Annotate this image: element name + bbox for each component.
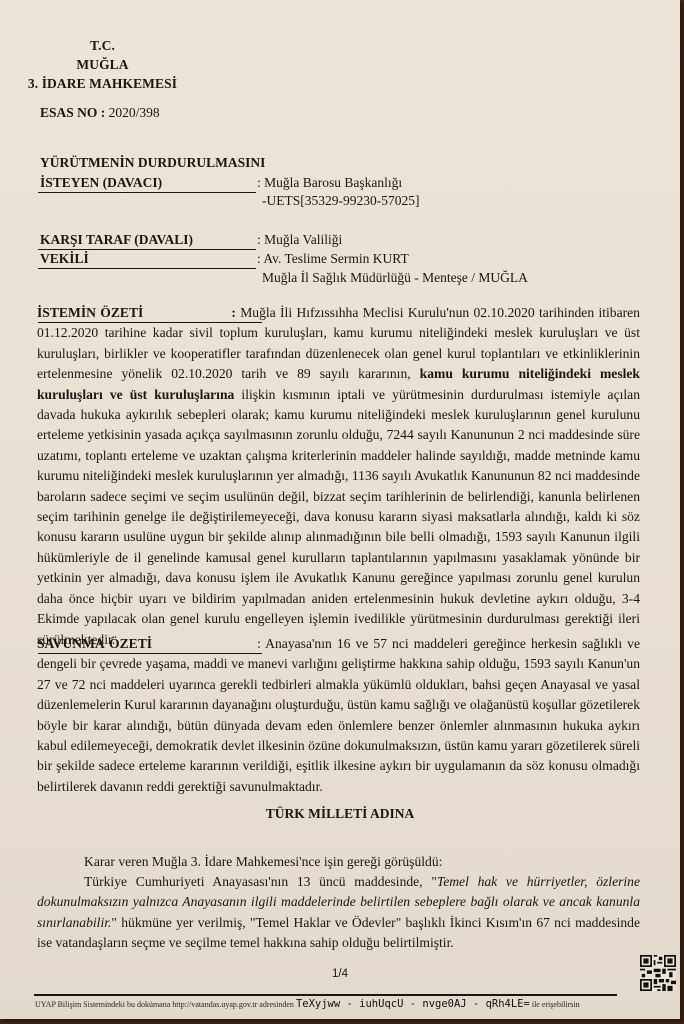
plaintiff-underline [38, 192, 256, 193]
decision-paragraph: Türkiye Cumhuriyeti Anayasası'nın 13 ünc… [37, 872, 640, 954]
court-header: T.C. MUĞLA 3. İDARE MAHKEMESİ [0, 36, 205, 93]
claim-summary-label: İSTEMİN ÖZETİ [37, 305, 143, 320]
decision-title: TÜRK MİLLETİ ADINA [0, 806, 680, 822]
claim-summary: İSTEMİN ÖZETİ: Muğla İli Hıfzıssıhha Mec… [37, 303, 640, 650]
verification-code: TeXyjww - iuhUqcU - nvge0AJ - qRh4LE= [296, 998, 530, 1010]
defense-summary: SAVUNMA ÖZETİ: Anayasa'nın 16 ve 57 nci … [37, 634, 640, 797]
case-number-label: ESAS NO : [40, 105, 105, 120]
plaintiff-label-line2: İSTEYEN (DAVACI) [40, 175, 162, 191]
plaintiff-label-line1: YÜRÜTMENİN DURDURULMASINI [40, 155, 265, 171]
decision-intro: Karar veren Muğla 3. İdare Mahkemesi'nce… [37, 852, 640, 872]
defendant-underline [38, 249, 256, 250]
defense-summary-text: : Anayasa'nın 16 ve 57 nci maddeleri ger… [37, 636, 640, 794]
attorney-label: VEKİLİ [40, 251, 89, 267]
defendant-name: : Muğla Valiliği [257, 232, 342, 248]
plaintiff-uets: -UETS[35329-99230-57025] [262, 193, 419, 209]
footer-suffix: ile erişebilirsin [532, 1000, 580, 1009]
case-number-value: 2020/398 [109, 105, 160, 120]
case-number: ESAS NO : 2020/398 [40, 105, 160, 121]
claim-summary-colon: : [231, 305, 236, 320]
header-tc: T.C. [0, 36, 205, 55]
document-page: T.C. MUĞLA 3. İDARE MAHKEMESİ ESAS NO : … [0, 0, 680, 1019]
claim-summary-text-2: ilişkin kısmının iptali ve yürütmesinin … [37, 387, 640, 647]
decision-text-a: Türkiye Cumhuriyeti Anayasası'nın 13 ünc… [84, 874, 437, 889]
defense-summary-label: SAVUNMA ÖZETİ [37, 636, 152, 651]
qr-code-icon [640, 955, 676, 991]
footer-verification: UYAP Bilişim Sistemindeki bu dokümana ht… [35, 998, 580, 1010]
attorney-address: Muğla İl Sağlık Müdürlüğü - Menteşe / MU… [262, 270, 528, 286]
footer-prefix: UYAP Bilişim Sistemindeki bu dokümana ht… [35, 1000, 294, 1009]
header-court: 3. İDARE MAHKEMESİ [0, 74, 205, 93]
attorney-underline [38, 268, 256, 269]
page-number: 1/4 [0, 968, 680, 980]
plaintiff-name: : Muğla Barosu Başkanlığı [257, 175, 402, 191]
footer-divider [34, 994, 617, 996]
attorney-name: : Av. Teslime Sermin KURT [257, 251, 409, 267]
defendant-label: KARŞI TARAF (DAVALI) [40, 232, 193, 248]
header-city: MUĞLA [0, 55, 205, 74]
decision-text-b: " hükmüne yer verilmiş, "Temel Haklar ve… [37, 915, 640, 950]
